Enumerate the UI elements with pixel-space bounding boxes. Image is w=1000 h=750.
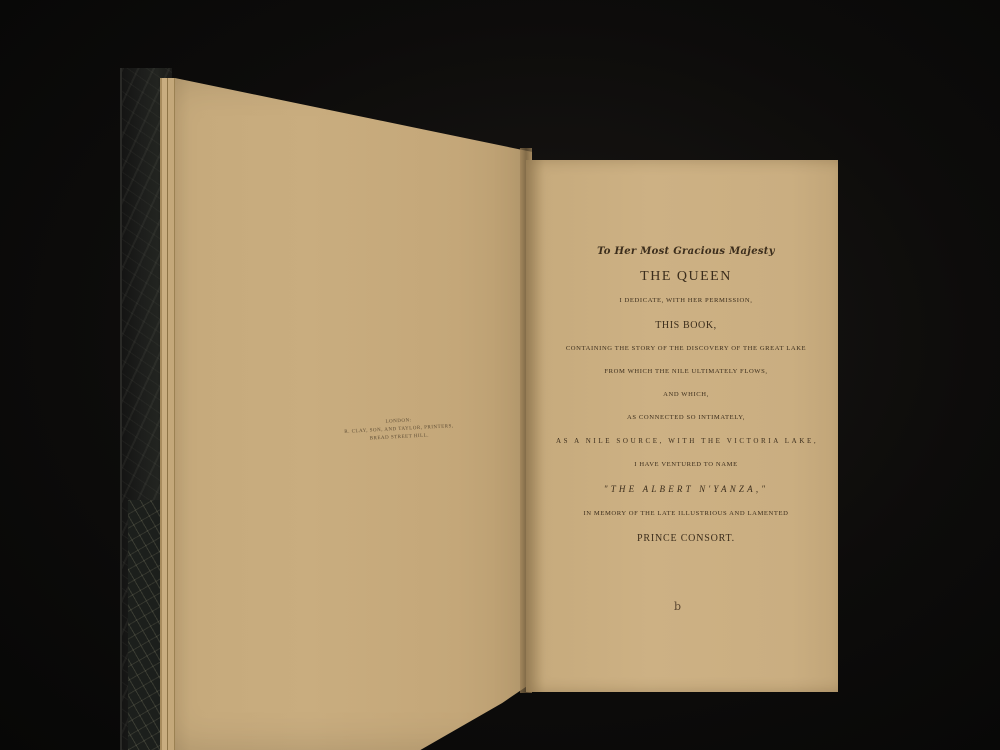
dedication-line: CONTAINING THE STORY OF THE DISCOVERY OF…: [556, 345, 816, 352]
dedication-prince-consort: PRINCE CONSORT.: [556, 533, 816, 544]
dedication-line: AND WHICH,: [556, 391, 816, 398]
dedication-text: To Her Most Gracious Majesty THE QUEEN I…: [556, 246, 816, 544]
dedication-albert-nyanza: "THE ALBERT N'YANZA,": [556, 484, 816, 494]
dedication-line: IN MEMORY OF THE LATE ILLUSTRIOUS AND LA…: [556, 510, 816, 517]
page-edge-stack: [160, 78, 180, 750]
dedication-heading: To Her Most Gracious Majesty: [556, 246, 816, 257]
dedication-this-book: THIS BOOK,: [556, 320, 816, 331]
left-page: [160, 78, 532, 750]
dedication-line: I HAVE VENTURED TO NAME: [556, 461, 816, 468]
dedication-queen: THE QUEEN: [556, 269, 816, 285]
dedication-line: AS CONNECTED SO INTIMATELY,: [556, 414, 816, 421]
dedication-line: FROM WHICH THE NILE ULTIMATELY FLOWS,: [556, 368, 816, 375]
dedication-line: I DEDICATE, WITH HER PERMISSION,: [556, 297, 816, 304]
signature-mark: b: [674, 600, 681, 613]
book-photo-scene: LONDON: R. CLAY, SON, AND TAYLOR, PRINTE…: [0, 0, 1000, 750]
dedication-line: AS A NILE SOURCE, WITH THE VICTORIA LAKE…: [556, 437, 816, 445]
